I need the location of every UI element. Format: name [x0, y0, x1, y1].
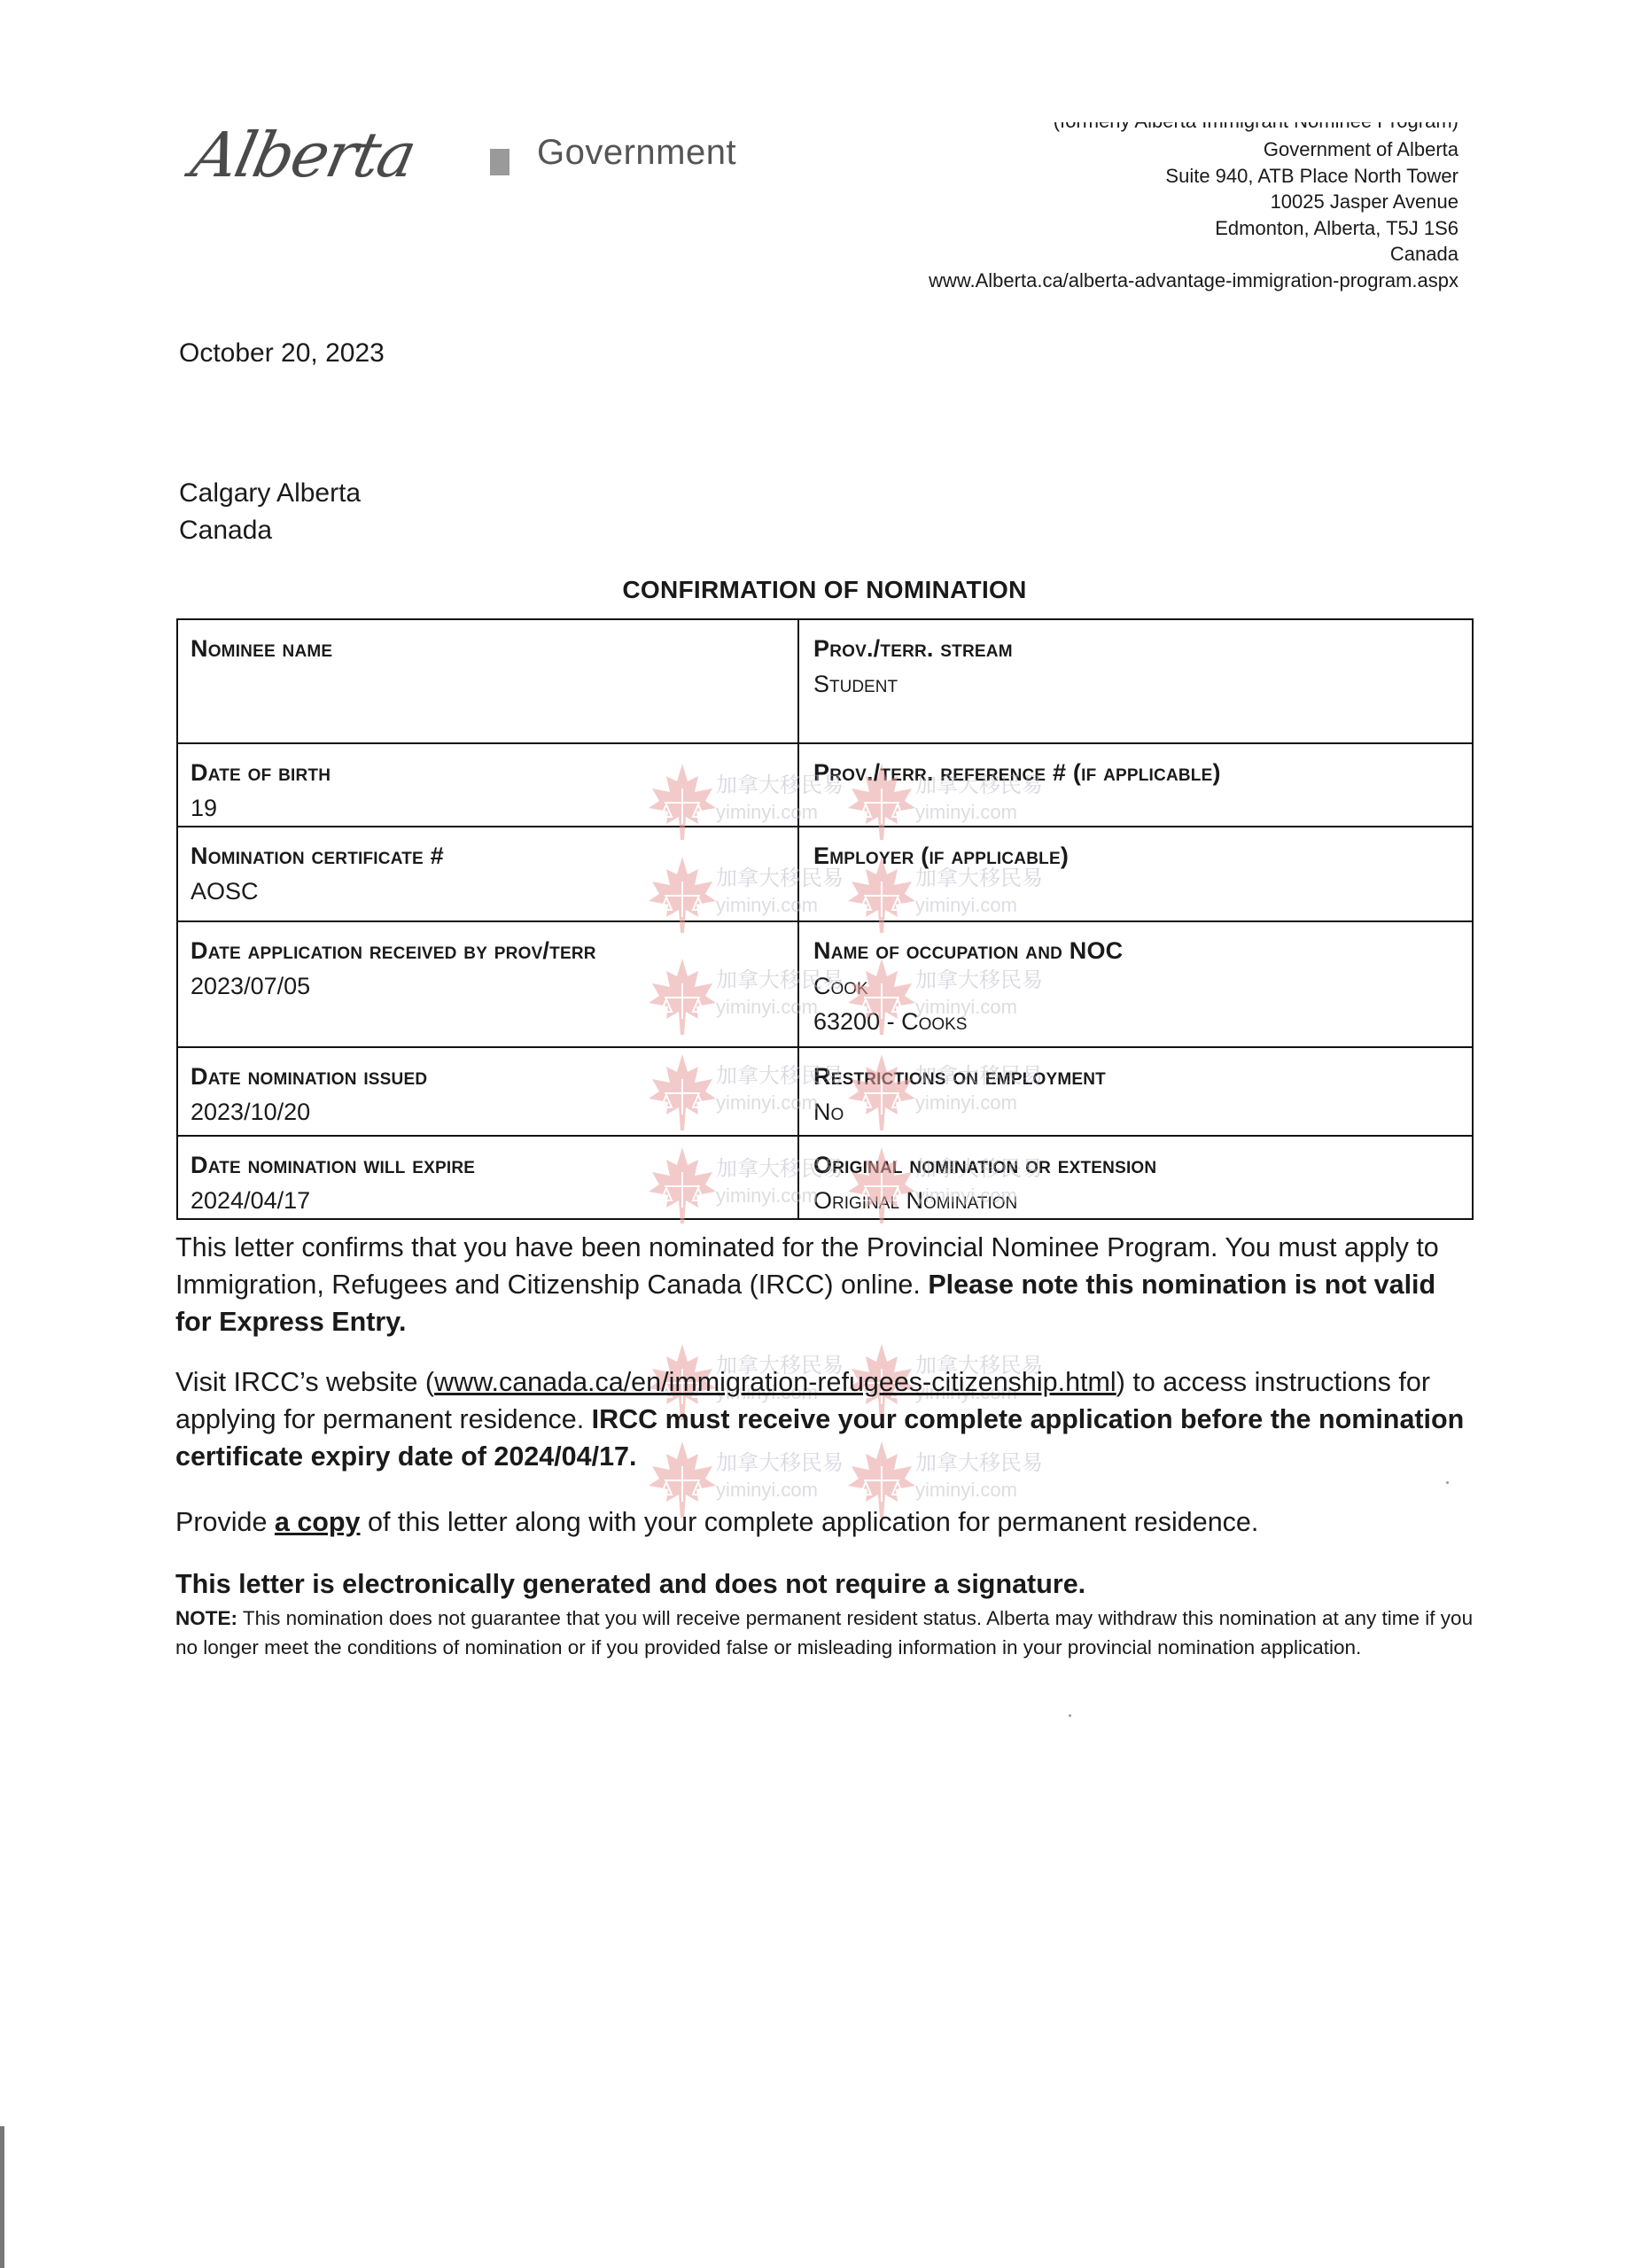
scan-edge-artifact: [0, 2126, 4, 2268]
table-cell-right: Employer (if applicable): [798, 827, 1473, 921]
cell-label: Date application received by prov/terr: [191, 933, 783, 968]
cell-label: Date nomination will expire: [191, 1147, 783, 1183]
address-line: Government of Alberta: [929, 136, 1458, 163]
table-row: Nominee nameProv./terr. streamStudent: [177, 619, 1473, 743]
table-cell-right: Name of occupation and NOCCook63200 - Co…: [798, 921, 1473, 1047]
address-line: Edmonton, Alberta, T5J 1S6: [929, 215, 1458, 242]
address-line-former-name: (formerly Alberta Immigrant Nominee Prog…: [929, 122, 1458, 135]
address-line: Suite 940, ATB Place North Tower: [929, 163, 1458, 190]
recipient-line: Calgary Alberta: [179, 475, 361, 512]
table-row: Date nomination issued2023/10/20Restrict…: [177, 1047, 1473, 1136]
scan-speck: [1069, 1714, 1071, 1717]
alberta-logo-icon: Alberta: [187, 124, 420, 186]
recipient-address: Calgary Alberta Canada: [179, 475, 361, 549]
table-cell-left: Date nomination will expire2024/04/17: [177, 1136, 798, 1219]
table-cell-right: Prov./terr. reference # (if applicable): [798, 743, 1473, 827]
table-cell-right: Prov./terr. streamStudent: [798, 619, 1473, 743]
cell-label: Employer (if applicable): [813, 838, 1458, 874]
cell-label: Nominee name: [191, 631, 783, 666]
ircc-website-link[interactable]: www.canada.ca/en/immigration-refugees-ci…: [434, 1367, 1116, 1397]
table-row: Date of birth19Prov./terr. reference # (…: [177, 743, 1473, 827]
paragraph-electronic-notice: This letter is electronically generated …: [175, 1565, 1478, 1603]
table-row: Date nomination will expire2024/04/17Ori…: [177, 1136, 1473, 1219]
a-copy-emphasis: a copy: [275, 1507, 361, 1537]
cell-value: 2023/10/20: [191, 1094, 783, 1130]
table-row: Date application received by prov/terr20…: [177, 921, 1473, 1047]
logo-square-mark: [490, 149, 509, 175]
cell-value: 2024/04/17: [191, 1183, 783, 1218]
cell-value: 63200 - Cooks: [813, 1004, 1458, 1039]
watermark-en-text: yiminyi.com: [915, 1479, 1017, 1502]
address-line: 10025 Jasper Avenue: [929, 189, 1458, 215]
cell-label: Prov./terr. stream: [813, 631, 1458, 666]
address-line: Canada: [929, 241, 1458, 268]
cell-label: Nomination certificate #: [191, 838, 783, 874]
table-cell-left: Nomination certificate #AOSC: [177, 827, 798, 921]
cell-value: 19: [191, 790, 783, 826]
address-website-link[interactable]: www.Alberta.ca/alberta-advantage-immigra…: [929, 268, 1458, 294]
watermark-en-text: yiminyi.com: [716, 1479, 818, 1502]
paragraph-confirmation: This letter confirms that you have been …: [175, 1229, 1478, 1340]
paragraph-provide-copy: Provide a copy of this letter along with…: [175, 1503, 1478, 1541]
scan-speck: [1446, 1481, 1449, 1484]
cell-label: Date of birth: [191, 755, 783, 790]
table-cell-left: Date of birth19: [177, 743, 798, 827]
cell-label: Original nomination or extension: [813, 1147, 1458, 1183]
nomination-table: Nominee nameProv./terr. streamStudentDat…: [176, 618, 1474, 1220]
table-cell-left: Date nomination issued2023/10/20: [177, 1047, 798, 1136]
table-cell-right: Original nomination or extensionOriginal…: [798, 1136, 1473, 1219]
letter-date: October 20, 2023: [179, 335, 385, 372]
logo-government-word: Government: [537, 131, 736, 174]
cell-label: Prov./terr. reference # (if applicable): [813, 755, 1458, 790]
cell-label: Date nomination issued: [191, 1059, 783, 1094]
table-cell-left: Date application received by prov/terr20…: [177, 921, 798, 1047]
table-title: CONFIRMATION OF NOMINATION: [0, 576, 1649, 604]
cell-label: Name of occupation and NOC: [813, 933, 1458, 968]
table-cell-right: Restrictions on employmentNo: [798, 1047, 1473, 1136]
table-cell-left: Nominee name: [177, 619, 798, 743]
cell-label: Restrictions on employment: [813, 1059, 1458, 1094]
note-label: NOTE:: [175, 1607, 237, 1629]
paragraph-ircc-instructions: Visit IRCC’s website (www.canada.ca/en/i…: [175, 1363, 1478, 1475]
sender-address: (formerly Alberta Immigrant Nominee Prog…: [929, 122, 1458, 293]
cell-value: No: [813, 1094, 1458, 1130]
cell-value: AOSC: [191, 874, 783, 909]
recipient-line: Canada: [179, 512, 361, 549]
table-row: Nomination certificate #AOSCEmployer (if…: [177, 827, 1473, 921]
cell-value: Cook: [813, 968, 1458, 1004]
cell-value: Student: [813, 666, 1458, 702]
note-disclaimer: NOTE: This nomination does not guarantee…: [175, 1604, 1478, 1662]
cell-value: Original Nomination: [813, 1183, 1458, 1218]
cell-value: 2023/07/05: [191, 968, 783, 1004]
